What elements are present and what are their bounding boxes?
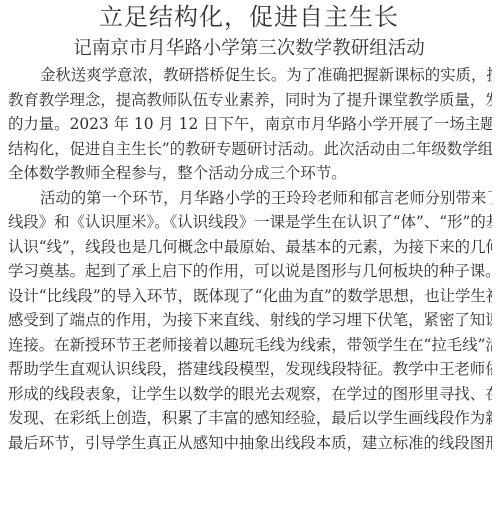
text-line: 学习奠基。起到了承上启下的作用，可以说是图形与几何板块的种子课。王老师 [8,259,492,284]
text-line: 的力量。2023 年 10 月 12 日下午，南京市月华路小学开展了一场主题为“… [8,112,492,137]
text-line: 全体数学教师全程参与，整个活动分成三个环节。 [8,161,492,186]
paragraph-first-session: 活动的第一个环节，月华路小学的王玲玲老师和郁言老师分别带来了《认识 线段》和《认… [8,186,492,456]
text-line: 教育教学理念，提高教师队伍专业素养，同时为了提升课堂教学质量，发挥教研 [8,88,492,113]
document-title: 立足结构化，促进自主生长 [0,2,498,32]
text-line: 感受到了端点的作用，为接下来直线、射线的学习埋下伏笔，紧密了知识之间的 [8,308,492,333]
text-line: 形成的线段表象，让学生以数学的眼光去观察，在学过的图形里寻找、在生活中 [8,382,492,407]
text-line: 金秋送爽学意浓，教研搭桥促生长。为了准确把握新课标的实质，提升教师 [8,63,492,88]
text-line: 结构化，促进自主生长”的教研专题研讨活动。此次活动由二年级数学组承办， [8,137,492,162]
text-line: 设计“比线段”的导入环节，既体现了“化曲为直”的数学思想，也让学生初步 [8,284,492,309]
text-line: 最后环节，引导学生真正从感知中抽象出线段本质，建立标准的线段图形。王老 [8,431,492,456]
text-line: 线段》和《认识厘米》。《认识线段》一课是学生在认识了“体”、“形”的基础上 [8,210,492,235]
text-line: 认识“线”，线段也是几何概念中最原始、最基本的元素，为接下来的几何图形 [8,235,492,260]
document-page: 立足结构化，促进自主生长 记南京市月华路小学第三次数学教研组活动 金秋送爽学意浓… [0,0,498,513]
text-line: 发现、在彩纸上创造，积累了丰富的感知经验，最后以学生画线段作为新授课的 [8,406,492,431]
document-subtitle: 记南京市月华路小学第三次数学教研组活动 [0,36,498,62]
text-line: 帮助学生直观认识线段，搭建线段模型，发现线段特征。教学中王老师依托已经 [8,357,492,382]
paragraph-intro: 金秋送爽学意浓，教研搭桥促生长。为了准确把握新课标的实质，提升教师 教育教学理念… [8,63,492,186]
text-line: 活动的第一个环节，月华路小学的王玲玲老师和郁言老师分别带来了《认识 [8,186,492,211]
text-line: 连接。在新授环节王老师接着以趣玩毛线为线索，带领学生在“拉毛线”活动中 [8,333,492,358]
document-body: 金秋送爽学意浓，教研搭桥促生长。为了准确把握新课标的实质，提升教师 教育教学理念… [8,63,492,455]
